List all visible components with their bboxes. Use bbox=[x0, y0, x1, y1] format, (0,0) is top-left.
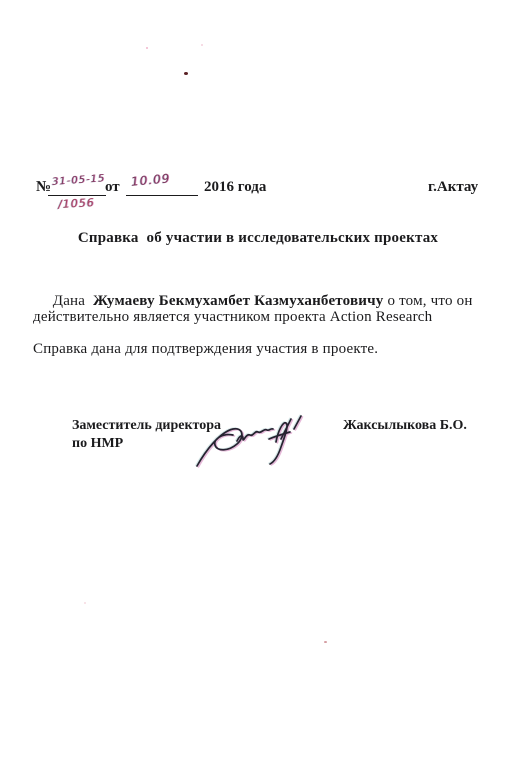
body-line-2: действительно является участником проект… bbox=[33, 309, 432, 326]
city-text: г.Актау bbox=[428, 178, 478, 196]
body-line-1-lead: Дана bbox=[49, 293, 93, 309]
doc-title: Справка об участии в исследовательских п… bbox=[0, 230, 516, 247]
scan-speck bbox=[184, 72, 188, 75]
scan-speck bbox=[201, 44, 203, 46]
scan-speck bbox=[324, 641, 327, 643]
signer-name: Жаксылыкова Б.О. bbox=[343, 418, 467, 434]
year-text: 2016 года bbox=[204, 178, 266, 196]
body-line-1-tail: о том, что он bbox=[384, 293, 473, 309]
doc-number-secondary-handwritten: /1056 bbox=[58, 196, 95, 211]
document-page: № 31-05-15 /1056 от 10.09 2016 года г.Ак… bbox=[0, 0, 516, 762]
body-line-3: Справка дана для подтверждения участия в… bbox=[33, 341, 378, 358]
scan-speck bbox=[84, 602, 86, 604]
signature-role-line-2: по НМР bbox=[72, 436, 123, 452]
scan-speck bbox=[146, 47, 148, 49]
recipient-name: Жумаеву Бекмухамбет Казмуханбетовичу bbox=[93, 293, 383, 309]
from-label: от bbox=[105, 178, 120, 196]
signature-scribble bbox=[190, 406, 322, 478]
